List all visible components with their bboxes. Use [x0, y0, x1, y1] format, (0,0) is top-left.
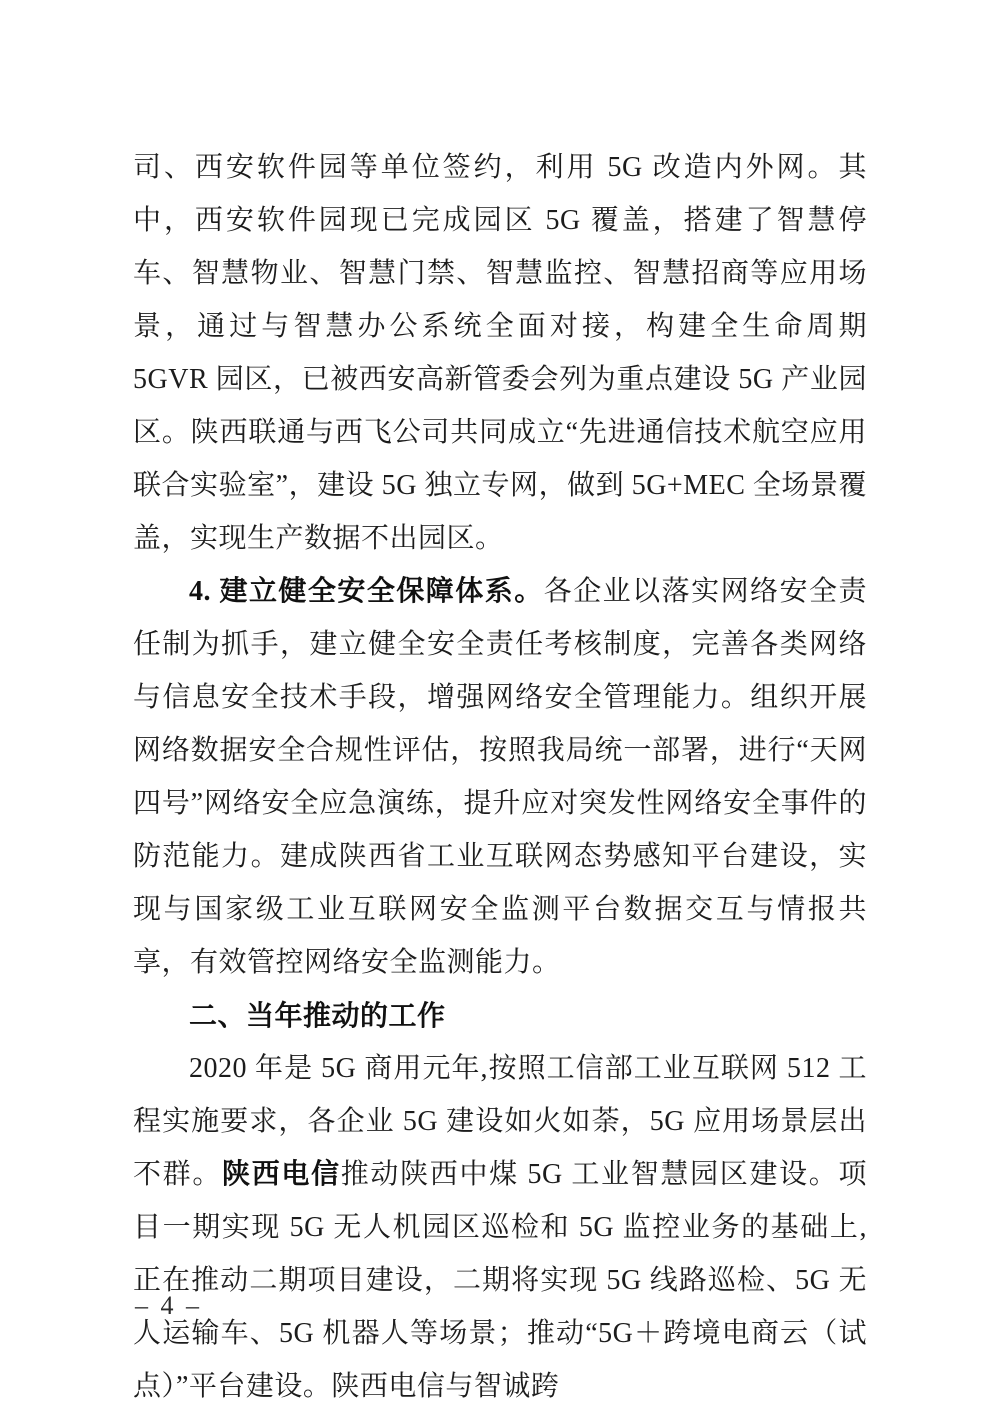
document-content: 司、西安软件园等单位签约，利用 5G 改造内外网。其中，西安软件园现已完成园区 … — [133, 141, 867, 1413]
page-number: – 4 – — [135, 1291, 202, 1321]
text-run-bold: 4. 建立健全安全保障体系。 — [189, 576, 544, 607]
text-run: 各企业以落实网络安全责任制为抓手，建立健全安全责任考核制度，完善各类网络与信息安… — [133, 576, 867, 978]
paragraph: 4. 建立健全安全保障体系。各企业以落实网络安全责任制为抓手，建立健全安全责任考… — [133, 565, 867, 989]
paragraph: 司、西安软件园等单位签约，利用 5G 改造内外网。其中，西安软件园现已完成园区 … — [133, 141, 867, 565]
section-heading: 二、当年推动的工作 — [133, 989, 867, 1042]
paragraph: 2020 年是 5G 商用元年,按照工信部工业互联网 512 工程实施要求，各企… — [133, 1042, 867, 1413]
text-run-bold: 二、当年推动的工作 — [189, 1000, 446, 1031]
document-page: 司、西安软件园等单位签约，利用 5G 改造内外网。其中，西安软件园现已完成园区 … — [0, 0, 1000, 1414]
text-run-bold: 陕西电信 — [222, 1159, 341, 1190]
text-run: 推动陕西中煤 5G 工业智慧园区建设。项目一期实现 5G 无人机园区巡检和 5G… — [133, 1159, 867, 1402]
text-run: 司、西安软件园等单位签约，利用 5G 改造内外网。其中，西安软件园现已完成园区 … — [133, 152, 867, 554]
